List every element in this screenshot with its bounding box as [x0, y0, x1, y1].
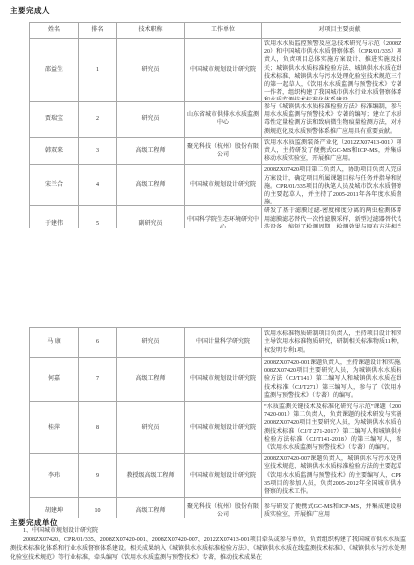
- rank-cell: 9: [79, 454, 117, 498]
- name-cell: 何嘉: [30, 358, 79, 402]
- contribution-text: 参与《城镇供水水质标准检验方法》标准编制，参与《饮用水水质监测与预警技术》专著的…: [264, 103, 401, 136]
- table-row: 李玮 9 教授级高级工程师 中国城市规划设计研究院 2008ZX07420-00…: [30, 454, 402, 498]
- table-header-row: 姓名 排名 技术职称 工作单位 对项目主要贡献: [30, 23, 402, 39]
- name-cell: 贾瑞宝: [30, 102, 79, 138]
- rank-cell: 1: [79, 39, 117, 102]
- completers-table-part1: 姓名 排名 技术职称 工作单位 对项目主要贡献 邵益生 1 研究员 中国城市规划…: [29, 22, 401, 228]
- name-cell: 胡建坤: [30, 498, 79, 518]
- org-cell: 中国计量科学研究院: [185, 328, 262, 358]
- org-cell: 中国城市规划设计研究院: [185, 454, 262, 498]
- contribution-cell: “水质监测关键技术及标准化研究与示范”课题（2008ZX07420-001）第二…: [262, 402, 402, 454]
- header-title: 技术职称: [117, 23, 185, 39]
- table-row: 宋兰合 4 高级工程师 中国城市规划设计研究院 2008ZX07420项目第二负…: [30, 165, 402, 206]
- contribution-text: 2008ZX07420-001课题负责人，主持课题设计和实施。为2008ZX07…: [264, 359, 401, 400]
- table-row: 贾瑞宝 2 研究员 山东省城市供排水水质监测中心 参与《城镇供水水质标准检验方法…: [30, 102, 402, 138]
- rank-cell: 10: [79, 498, 117, 518]
- org-cell: 中国城市规划设计研究院: [185, 165, 262, 206]
- title-cell: 教授级高级工程师: [117, 454, 185, 498]
- rank-cell: 7: [79, 358, 117, 402]
- rank-cell: 5: [79, 206, 117, 228]
- title-cell: 高级工程师: [117, 137, 185, 165]
- rank-cell: 3: [79, 137, 117, 165]
- contribution-text: 研发了基于滤膜过滤-密度梯度分离的两虫检测体系，利用滤膜滤芯替代一次性滤膜采样，…: [264, 207, 401, 228]
- title-cell: 高级工程师: [117, 165, 185, 206]
- document-page: { "sections": { "completers_heading": "主…: [0, 0, 414, 565]
- contribution-cell: 2008ZX07420-007课题负责人，城镇供水与污水处理化验室技术规范、城镇…: [262, 454, 402, 498]
- rank-cell: 8: [79, 402, 117, 454]
- contribution-text: 参与研发了便携式GC-MS和ICP-MS，并集成建设移动水质实验室，开展推广应用: [264, 503, 401, 518]
- header-name: 姓名: [30, 23, 79, 39]
- header-org: 工作单位: [185, 23, 262, 39]
- org-cell: 聚光科技（杭州）股份有限公司: [185, 498, 262, 518]
- table-row: 胡建坤 10 高级工程师 聚光科技（杭州）股份有限公司 参与研发了便携式GC-M…: [30, 498, 402, 518]
- name-cell: 李玮: [30, 454, 79, 498]
- org-cell: 山东省城市供排水水质监测中心: [185, 102, 262, 138]
- contribution-text: 饮用水水质监控预警及应急技术研究与示范（2008ZX07420）和中国城市供水水…: [264, 40, 401, 100]
- units-item-1-description: 2008ZX07420、CPR/01/335、2008ZX07420-001、2…: [10, 536, 406, 565]
- contribution-text: 饮用水水质监测装备产业化（2012ZX07413-001）项目负责人，主持研发了…: [264, 139, 401, 164]
- contribution-cell: 研发了基于滤膜过滤-密度梯度分离的两虫检测体系，利用滤膜滤芯替代一次性滤膜采样，…: [262, 206, 402, 228]
- completers-table-continued: 马 康 6 研究员 中国计量科学研究院 饮用水标准物质研制项目负责人，主持项目设…: [29, 327, 401, 518]
- contribution-text: 饮用水标准物质研制项目负责人，主持项目设计和实施，主导饮用水标准物质研究，研制相…: [264, 330, 401, 355]
- contribution-text: 2008ZX07420项目第二负责人，协助项目负责人完成项目方案设计，确定项目所…: [264, 166, 401, 204]
- table-row: 韩双来 3 高级工程师 聚光科技（杭州）股份有限公司 饮用水水质监测装备产业化（…: [30, 137, 402, 165]
- header-contribution: 对项目主要贡献: [262, 23, 402, 39]
- title-cell: 研究员: [117, 402, 185, 454]
- completers-table-part2: 马 康 6 研究员 中国计量科学研究院 饮用水标准物质研制项目负责人，主持项目设…: [29, 327, 401, 518]
- contribution-cell: 参与《城镇供水水质标准检验方法》标准编制，参与《饮用水水质监测与预警技术》专著的…: [262, 102, 402, 138]
- org-cell: 中国科学院生态环境研究中心: [185, 206, 262, 228]
- name-cell: 桂萍: [30, 402, 79, 454]
- name-cell: 邵益生: [30, 39, 79, 102]
- contribution-text: “水质监测关键技术及标准化研究与示范”课题（2008ZX07420-001）第二…: [264, 403, 401, 452]
- contribution-cell: 饮用水水质监测装备产业化（2012ZX07413-001）项目负责人，主持研发了…: [262, 137, 402, 165]
- name-cell: 宋兰合: [30, 165, 79, 206]
- org-cell: 中国城市规划设计研究院: [185, 39, 262, 102]
- contribution-cell: 2008ZX07420-001课题负责人，主持课题设计和实施。为2008ZX07…: [262, 358, 402, 402]
- units-item-1: 1、中国城市规划设计研究院: [10, 527, 406, 536]
- contribution-cell: 参与研发了便携式GC-MS和ICP-MS，并集成建设移动水质实验室，开展推广应用: [262, 498, 402, 518]
- header-rank: 排名: [79, 23, 117, 39]
- org-cell: 中国城市规划设计研究院: [185, 402, 262, 454]
- completers-section-heading: 主要完成人: [10, 5, 50, 16]
- table-row: 马 康 6 研究员 中国计量科学研究院 饮用水标准物质研制项目负责人，主持项目设…: [30, 328, 402, 358]
- contribution-cell: 饮用水水质监控预警及应急技术研究与示范（2008ZX07420）和中国城市供水水…: [262, 39, 402, 102]
- name-cell: 韩双来: [30, 137, 79, 165]
- name-cell: 马 康: [30, 328, 79, 358]
- completers-table: 姓名 排名 技术职称 工作单位 对项目主要贡献 邵益生 1 研究员 中国城市规划…: [29, 22, 401, 228]
- org-cell: 聚光科技（杭州）股份有限公司: [185, 137, 262, 165]
- table-row: 何嘉 7 高级工程师 中国城市规划设计研究院 2008ZX07420-001课题…: [30, 358, 402, 402]
- title-cell: 研究员: [117, 39, 185, 102]
- contribution-cell: 饮用水标准物质研制项目负责人，主持项目设计和实施，主导饮用水标准物质研究，研制相…: [262, 328, 402, 358]
- org-cell: 中国城市规划设计研究院: [185, 358, 262, 402]
- table-row: 桂萍 8 研究员 中国城市规划设计研究院 “水质监测关键技术及标准化研究与示范”…: [30, 402, 402, 454]
- contribution-cell: 2008ZX07420项目第二负责人，协助项目负责人完成项目方案设计，确定项目所…: [262, 165, 402, 206]
- title-cell: 研究员: [117, 328, 185, 358]
- table-row: 邵益生 1 研究员 中国城市规划设计研究院 饮用水水质监控预警及应急技术研究与示…: [30, 39, 402, 102]
- contribution-text: 2008ZX07420-007课题负责人，城镇供水与污水处理化验室技术规范、城镇…: [264, 455, 401, 496]
- rank-cell: 6: [79, 328, 117, 358]
- name-cell: 于建伟: [30, 206, 79, 228]
- title-cell: 研究员: [117, 102, 185, 138]
- title-cell: 高级工程师: [117, 358, 185, 402]
- title-cell: 副研究员: [117, 206, 185, 228]
- table-row: 于建伟 5 副研究员 中国科学院生态环境研究中心 研发了基于滤膜过滤-密度梯度分…: [30, 206, 402, 228]
- rank-cell: 2: [79, 102, 117, 138]
- rank-cell: 4: [79, 165, 117, 206]
- title-cell: 高级工程师: [117, 498, 185, 518]
